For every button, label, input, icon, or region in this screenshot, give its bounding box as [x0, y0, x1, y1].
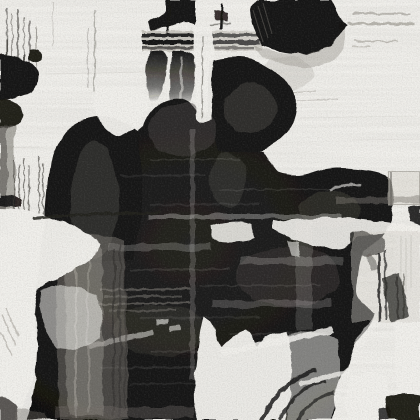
artwork-canvas: Abstract monochrome painting: torn black…: [0, 0, 420, 420]
abstract-artwork: Abstract monochrome painting: torn black…: [0, 0, 420, 420]
grain-overlay-light: [0, 0, 420, 420]
